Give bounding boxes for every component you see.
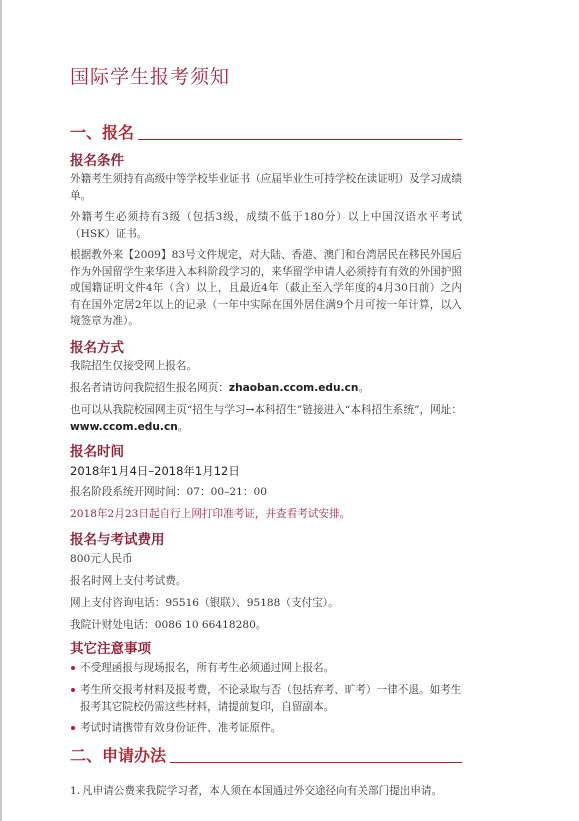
subheading-method: 报名方式 xyxy=(70,340,124,357)
item-number: 1. xyxy=(70,783,80,800)
notes-bullet-item: 不受理函报与现场报名，所有考生必须通过网上报名。 xyxy=(70,660,462,677)
paragraph: 报名阶段系统开网时间：07：00–21：00 xyxy=(70,484,462,501)
admission-ticket-notice: 2018年2月23日起自行上网打印准考证，并查看考试安排。 xyxy=(70,506,462,523)
section-heading-text: 二、申请办法 xyxy=(70,746,166,766)
bullet-text: 不受理函报与现场报名，所有考生必须通过网上报名。 xyxy=(80,662,334,674)
bullet-dot-icon xyxy=(71,688,75,692)
paragraph: 我院招生仅接受网上报名。 xyxy=(70,358,462,375)
subheading-fees: 报名与考试费用 xyxy=(70,532,165,549)
paragraph: 我院计财处电话：0086 10 66418280。 xyxy=(70,617,462,634)
section-heading-text: 一、报名 xyxy=(70,123,134,143)
registration-date-range: 2018年1月4日–2018年1月12日 xyxy=(70,463,240,479)
paragraph: 根据教外来【2009】83号文件规定，对大陆、香港、澳门和台湾居民在移民外国后作… xyxy=(70,247,462,330)
section-rule xyxy=(170,762,462,763)
bullet-text: 考试时请携带有效身份证件、准考证原件。 xyxy=(80,722,281,734)
campus-line-suffix: 。 xyxy=(178,421,189,433)
paragraph: 800元人民币 xyxy=(70,551,462,568)
section-rule xyxy=(138,139,462,140)
bullet-text: 考生所交报考材料及报考费，不论录取与否（包括弃考、旷考）一律不退。如考生报考其它… xyxy=(80,684,461,713)
numbered-item: 1. 凡申请公费来我院学习者，本人须在本国通过外交途径向有关部门提出申请。 xyxy=(70,783,462,800)
paragraph: 外籍考生必须持有3级（包括3级，成绩不低于180分）以上中国汉语水平考试（HSK… xyxy=(70,209,462,242)
online-registration-line: 报名者请访问我院招生报名网页：zhaoban.ccom.edu.cn。 xyxy=(70,380,462,397)
page-left-edge xyxy=(0,0,2,821)
bullet-dot-icon xyxy=(71,726,75,730)
registration-url-link[interactable]: zhaoban.ccom.edu.cn xyxy=(229,382,359,394)
section-heading-registration: 一、报名 xyxy=(70,121,462,143)
online-line-prefix: 报名者请访问我院招生报名网页： xyxy=(70,382,229,394)
item-text: 凡申请公费来我院学习者，本人须在本国通过外交途径向有关部门提出申请。 xyxy=(82,785,442,797)
document-title: 国际学生报考须知 xyxy=(70,62,230,89)
paragraph: 网上支付咨询电话：95516（银联）、95188（支付宝）。 xyxy=(70,595,462,612)
section-heading-application: 二、申请办法 xyxy=(70,744,462,766)
online-line-suffix: 。 xyxy=(358,382,369,394)
paragraph: 报名时网上支付考试费。 xyxy=(70,573,462,590)
notes-bullet-item: 考试时请携带有效身份证件、准考证原件。 xyxy=(70,720,462,737)
notes-bullet-item: 考生所交报考材料及报考费，不论录取与否（包括弃考、旷考）一律不退。如考生报考其它… xyxy=(70,682,462,715)
subheading-notes: 其它注意事项 xyxy=(70,641,151,658)
campus-url-link[interactable]: www.ccom.edu.cn xyxy=(70,421,178,433)
subheading-time: 报名时间 xyxy=(70,444,124,461)
bullet-dot-icon xyxy=(71,666,75,670)
campus-line-prefix: 也可以从我院校园网主页“招生与学习→本科招生”链接进入“本科招生系统”，网址： xyxy=(70,404,462,416)
paragraph: 外籍考生须持有高级中等学校毕业证书（应届毕业生可持学校在读证明）及学习成绩单。 xyxy=(70,171,462,204)
campus-site-line: 也可以从我院校园网主页“招生与学习→本科招生”链接进入“本科招生系统”，网址：w… xyxy=(70,402,462,435)
subheading-requirements: 报名条件 xyxy=(70,153,124,170)
